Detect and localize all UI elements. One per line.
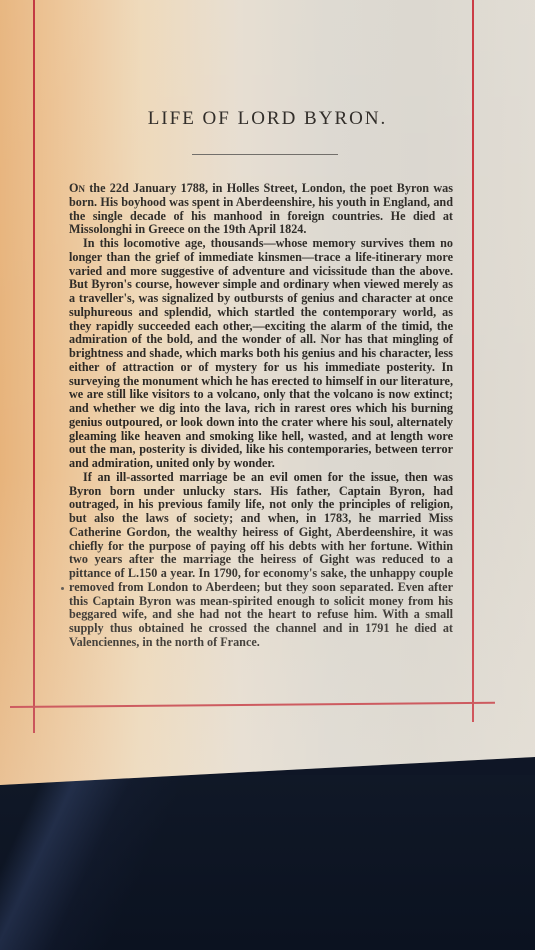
paragraph-3: If an ill-assorted marriage be an evil o… bbox=[69, 471, 453, 650]
paragraph-text: the 22d January 1788, in Holles Street, … bbox=[69, 181, 453, 236]
page-body-text: On the 22d January 1788, in Holles Stree… bbox=[69, 182, 453, 650]
paragraph-lead-word: On bbox=[69, 181, 85, 195]
paragraph-1: On the 22d January 1788, in Holles Stree… bbox=[69, 182, 453, 237]
dark-fabric-background bbox=[0, 775, 535, 950]
margin-mark bbox=[61, 587, 64, 590]
paragraph-2: In this locomotive age, thousands—whose … bbox=[69, 237, 453, 471]
title-separator-rule bbox=[192, 154, 338, 155]
frame-rule-bottom bbox=[10, 702, 495, 708]
page-title: LIFE OF LORD BYRON. bbox=[0, 108, 535, 130]
book-page: LIFE OF LORD BYRON. On the 22d January 1… bbox=[0, 0, 535, 785]
